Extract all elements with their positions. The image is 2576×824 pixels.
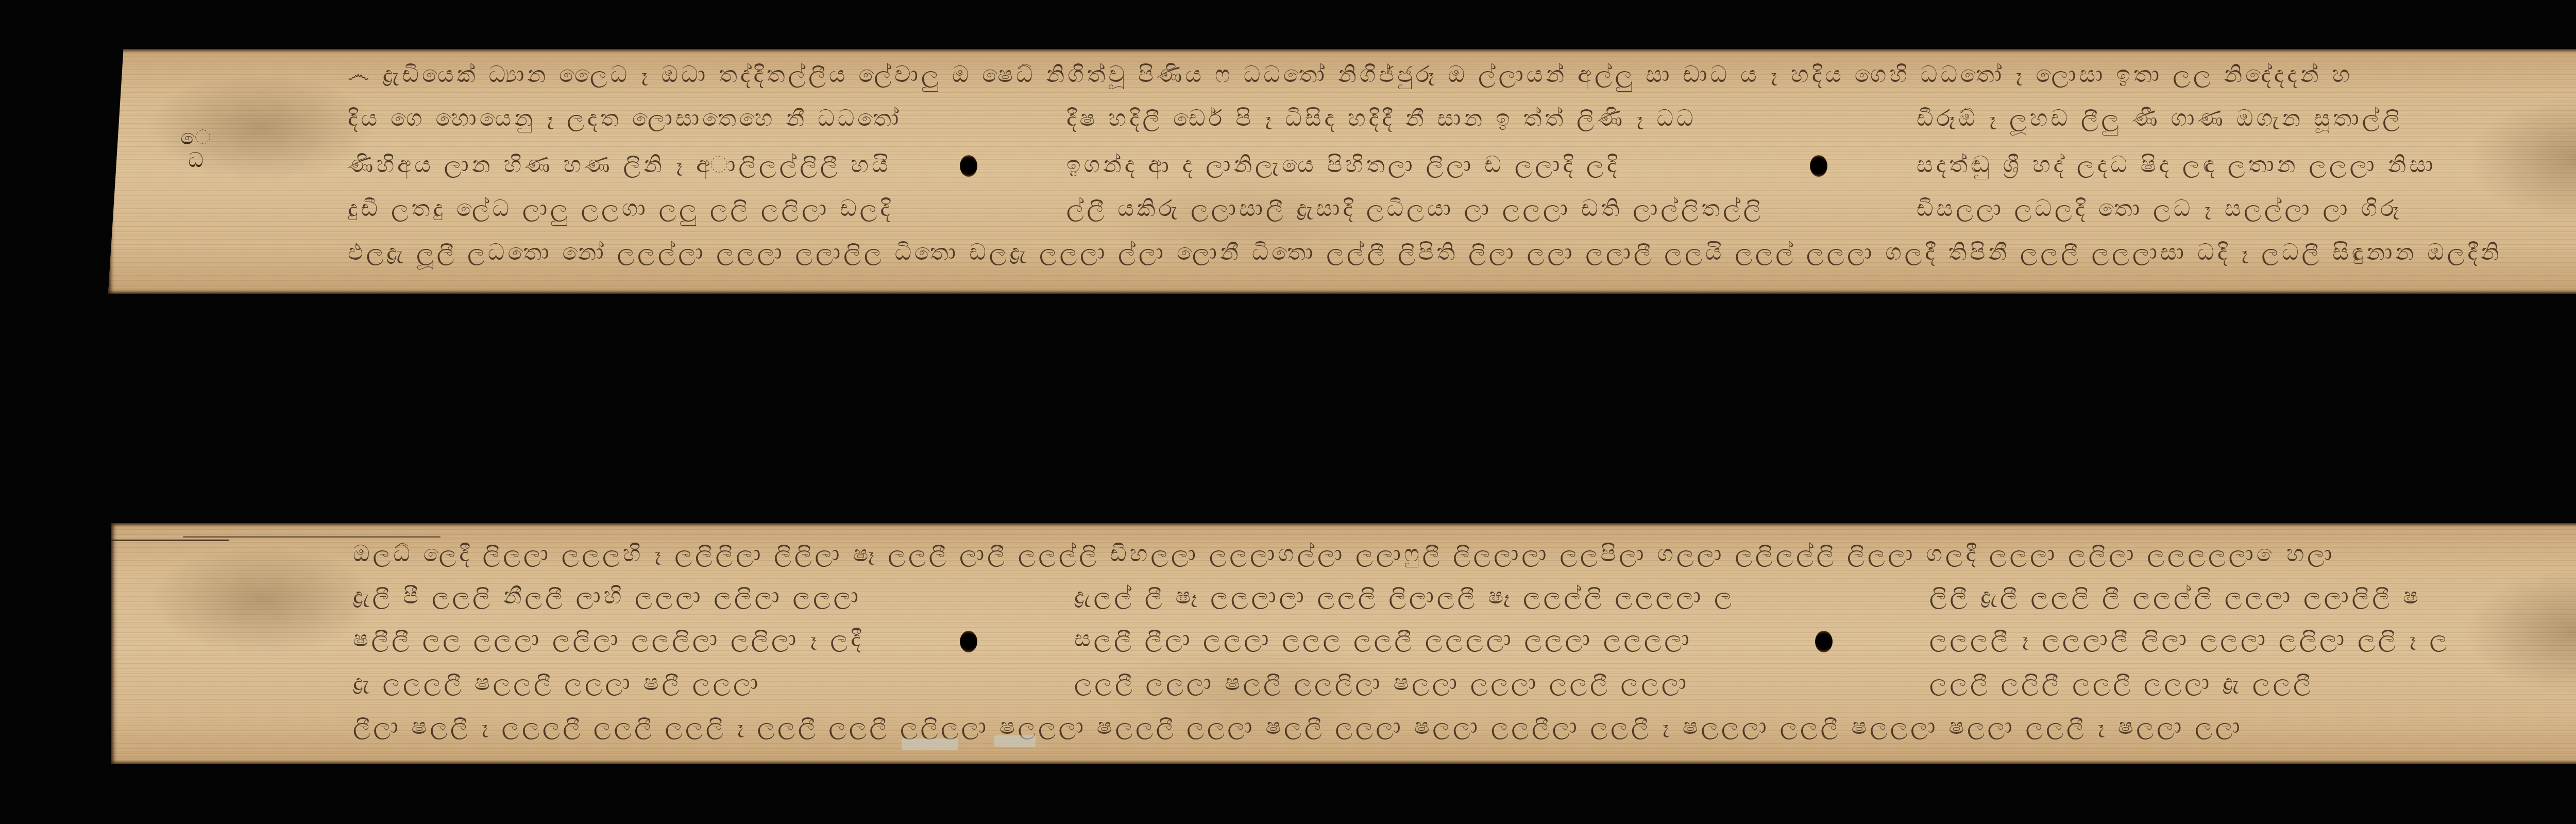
folio-number-mark: ෙ ධ xyxy=(180,126,211,172)
string-hole-left xyxy=(960,631,977,652)
text-line-3-right: ලලලලී ෑ ලලලාලී ලිලා ලලලා ලලිලා ලලි ෑ ල xyxy=(1929,624,2450,654)
text-line-3-right: සදත්ඬු ශ්‍රී හද් ලදධ ෂිද ලඳ ලතාන ලලලා නි… xyxy=(1917,149,2436,180)
text-line-2-left: දිය ගෙ හොයෙනු ෑ ලදත ලොසාතෙහෙ නී ධධතෝ xyxy=(348,103,902,134)
palm-leaf-folio-top: ෙ ධ ෴ ද්‍රැඩියෙක් ධ්‍යාන ලෙෙධ ෑ ඔධා තද්ද… xyxy=(108,49,2576,294)
text-line-4-middle: ලලලී ලලලා ෂලලී ලලලිලා ෂලලා ලලලා ලලලී ලලල… xyxy=(1074,667,1689,698)
string-hole-right xyxy=(1810,155,1827,177)
text-line-3-left: ණිහිඅය ලාන හිණ හණ ලිනි ෑ අාලිලල්ලිලී හයි xyxy=(348,149,891,180)
text-line-4-middle: ල්ලී යකිරු ලලාසාලී ද්‍රැසාදි ලධිලයා ලා ල… xyxy=(1066,193,1764,224)
string-hole-left xyxy=(960,155,977,177)
text-line-4-right: ලලලී ලලිලී ලලලී ලලලා ද්‍රැ ලලලී xyxy=(1929,667,2314,698)
text-line-5: ලීලා ෂලලී ෑ ලලලලී ලලලී ලලලි ෑ ලලලී ලලලී … xyxy=(353,711,2243,742)
leaf-crack xyxy=(111,540,229,541)
text-line-2-right: ලිලී ද්‍රැලී ලලලි ලී ලලල්ලි ලලලා ලලාලිලී… xyxy=(1929,581,2421,612)
text-line-2-middle: ද්‍රැලල් ලී ෂෑ ලලලාලා ලලලි ලිලාලලී ෂෑ ලල… xyxy=(1074,581,1735,612)
text-line-2-left: ද්‍රැලී පී ලලලි නීලලී ලාහි ලලලා ලලිලා ලල… xyxy=(353,581,861,612)
leaf-crack-extension xyxy=(183,536,440,537)
text-line-3-left: ෂලීලී ලල ලලලා ලලිලා ලලලිලා ලලිලා ෑ ලදී xyxy=(353,624,864,654)
text-line-3-middle: ඉගන්ද ආ ද ලානිලැයෙ පිහිතලා ලිලා ඩ ලලාදි … xyxy=(1066,149,1620,180)
palm-leaf-folio-bottom: ඔලධ් ලෙදී ලිලලා ලලලහි ෑ ලලිලිලා ලිලිලා ෂ… xyxy=(111,523,2576,764)
repair-tape-2 xyxy=(994,735,1036,747)
repair-tape-1 xyxy=(902,738,958,750)
text-line-2-right: ඩීරූඕ ෑ ලූහඩ ලීලු ණී ගාණ ඔගැන සූතාල්ලි xyxy=(1917,103,2403,134)
string-hole-right xyxy=(1815,631,1833,652)
text-line-4-left: දුඩී ලතදු ලේධ ලාලු ලලගා ලලු ලලි ලලිලා ඩල… xyxy=(348,193,893,224)
text-line-4-left: ද්‍රැ ලලලලී ෂලලලී ලලලා ෂලී ලලලා xyxy=(353,667,761,698)
text-line-1: ෴ ද්‍රැඩියෙක් ධ්‍යාන ලෙෙධ ෑ ඔධා තද්දිතල්… xyxy=(348,59,2353,90)
text-line-5: ඵලද්‍රැ ලූලී ලධතො නෝ ලලල්ලා ලලලා ලලාලිල … xyxy=(348,237,2502,268)
text-line-2-middle: දීෂ හදිලී ඩෙර් පි ෑ ධිසිද හදිදී නී සාන ඉ… xyxy=(1066,103,1697,134)
text-line-1: ඔලධ් ලෙදී ලිලලා ලලලහි ෑ ලලිලිලා ලිලිලා ෂ… xyxy=(353,539,2335,569)
text-line-3-middle: සලලී ලීලා ලලලා ලලල ලලලී ලලලලා ලලලා ලලලලා xyxy=(1074,624,1692,654)
text-line-4-right: ඩිසලලා ලධලදි තො ලධ ෑ සලල්ලා ලා ගිරූ xyxy=(1917,193,2402,224)
